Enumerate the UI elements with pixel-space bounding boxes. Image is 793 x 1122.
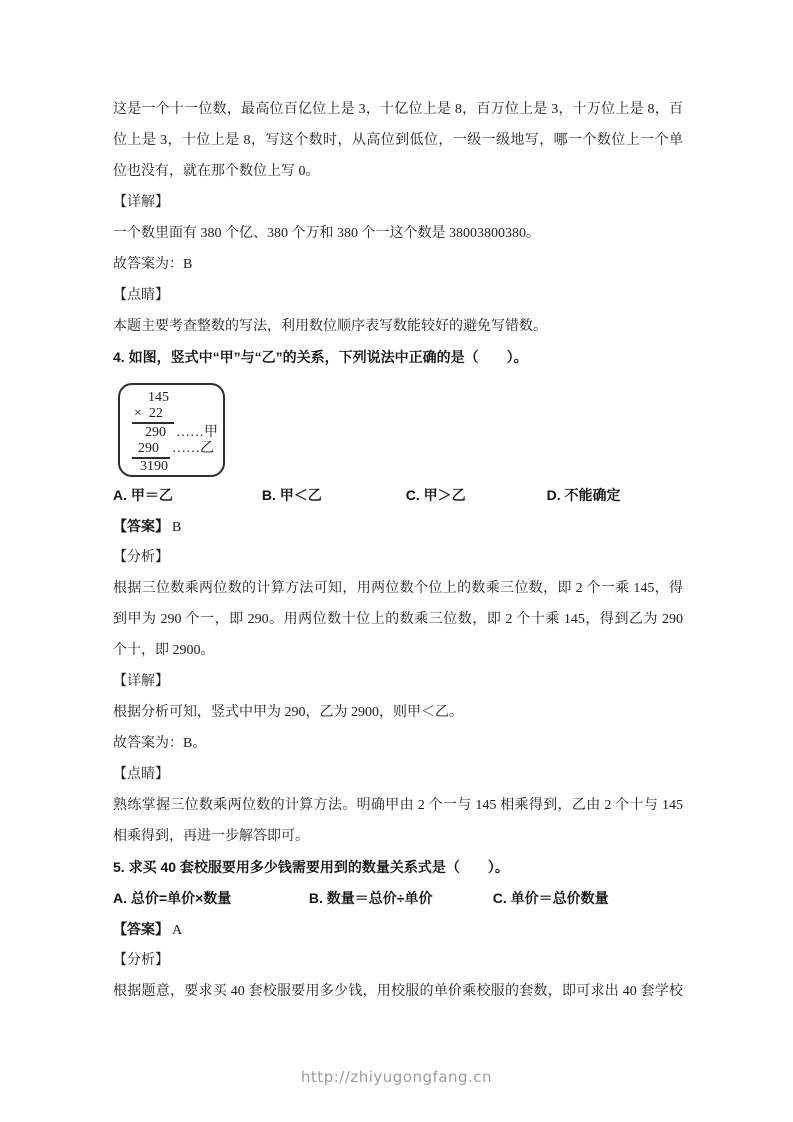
q4-detail-text: 根据分析可知，竖式中甲为 290，乙为 2900，则甲＜乙。: [113, 697, 683, 728]
q4-option-a: A. 甲＝乙: [113, 480, 258, 511]
q4-option-d: D. 不能确定: [547, 480, 621, 511]
q5-option-c: C. 单价＝总价数量: [493, 883, 609, 914]
q3-detail-heading: 【详解】: [113, 187, 683, 218]
vm-multiplicand: 145: [148, 390, 169, 406]
vm-partial-1: 290: [145, 425, 166, 441]
q4-option-c: C. 甲＞乙: [406, 480, 543, 511]
q4-answer-heading: 【答案】: [113, 518, 169, 534]
q4-conclusion: 故答案为：B。: [113, 728, 683, 759]
q5-analysis-line: 根据题意，要求买 40 套校服要用多少钱，用校服的单价乘校服的套数，即可求出 4…: [113, 976, 683, 1007]
q3-tip-text: 本题主要考查整数的写法，利用数位顺序表写数能较好的避免写错数。: [113, 311, 683, 342]
q5-question: 5. 求买 40 套校服要用多少钱需要用到的数量关系式是（ ）。: [113, 852, 683, 883]
q4-analysis-line-2: 到甲为 290 个一，即 290。用两位数十位上的数乘三位数，即 2 个十乘 1…: [113, 604, 683, 635]
q4-tip-heading: 【点睛】: [113, 759, 683, 790]
q4-answer-row: 【答案】B: [113, 511, 683, 542]
q4-detail-heading: 【详解】: [113, 666, 683, 697]
q4-analysis-heading: 【分析】: [113, 542, 683, 573]
q5-option-b: B. 数量＝总价÷单价: [309, 883, 489, 914]
q3-body-line-3: 位也没有，就在那个数位上写 0。: [113, 156, 683, 187]
q3-conclusion: 故答案为：B: [113, 249, 683, 280]
vm-partial-1-tag: ……甲: [176, 425, 218, 441]
q3-detail-text: 一个数里面有 380 个亿、380 个万和 380 个一这个数是 3800380…: [113, 218, 683, 249]
vm-rule-top: [132, 422, 174, 424]
q4-answer-value: B: [169, 520, 181, 535]
q4-tip-line-2: 相乘得到，再进一步解答即可。: [113, 821, 683, 852]
vm-multiplier-row: × 22: [134, 406, 163, 422]
q5-answer-row: 【答案】A: [113, 914, 683, 945]
q4-analysis-line-3: 个十，即 2900。: [113, 635, 683, 666]
q5-options-row: A. 总价=单价×数量 B. 数量＝总价÷单价 C. 单价＝总价数量: [113, 883, 683, 914]
footer-url: http://zhiyugongfang.cn: [0, 1068, 793, 1086]
q5-analysis-heading: 【分析】: [113, 945, 683, 976]
q4-tip-line-1: 熟练掌握三位数乘两位数的计算方法。明确甲由 2 个一与 145 相乘得到，乙由 …: [113, 790, 683, 821]
q5-option-a: A. 总价=单价×数量: [113, 883, 305, 914]
q3-body-line-2: 位上是 3，十位上是 8，写这个数时，从高位到低位，一级一级地写，哪一个数位上一…: [113, 125, 683, 156]
document-body: 这是一个十一位数，最高位百亿位上是 3，十亿位上是 8，百万位上是 3，十万位上…: [113, 94, 683, 1007]
q5-answer-heading: 【答案】: [113, 921, 169, 937]
q4-question: 4. 如图，竖式中“甲”与“乙”的关系，下列说法中正确的是（ ）。: [113, 342, 683, 373]
vm-product: 3190: [140, 459, 168, 475]
q3-tip-heading: 【点睛】: [113, 280, 683, 311]
vm-partial-2: 290: [138, 441, 159, 457]
q3-body-line-1: 这是一个十一位数，最高位百亿位上是 3，十亿位上是 8，百万位上是 3，十万位上…: [113, 94, 683, 125]
q4-vertical-multiplication-figure: 145 × 22 290 ……甲 290 ……乙 3190: [118, 383, 225, 477]
q4-option-b: B. 甲＜乙: [262, 480, 402, 511]
q4-analysis-line-1: 根据三位数乘两位数的计算方法可知，用两位数个位上的数乘三位数，即 2 个一乘 1…: [113, 573, 683, 604]
q4-options-row: A. 甲＝乙 B. 甲＜乙 C. 甲＞乙 D. 不能确定: [113, 480, 683, 511]
q5-answer-value: A: [169, 923, 182, 938]
vm-partial-2-tag: ……乙: [172, 441, 214, 457]
document-page: 这是一个十一位数，最高位百亿位上是 3，十亿位上是 8，百万位上是 3，十万位上…: [0, 0, 793, 1122]
